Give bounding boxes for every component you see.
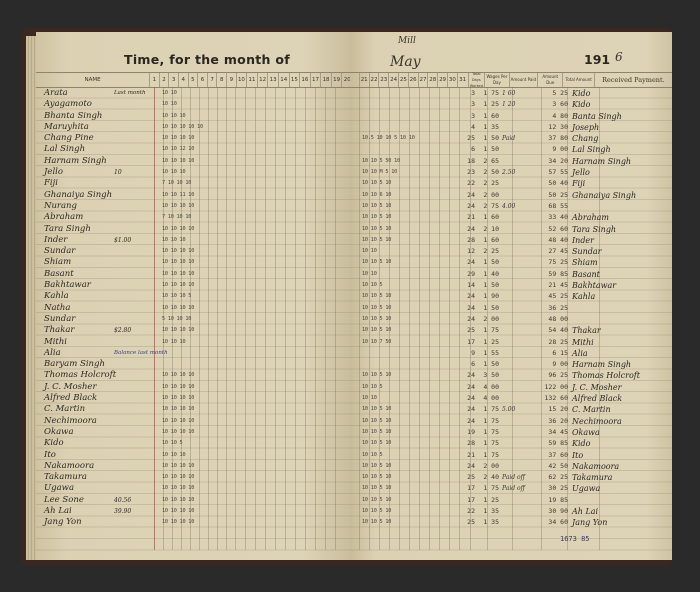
total-amount-column: 5 25 3 60 4 80 12 30 37 80 9 00 34 20 57… xyxy=(538,88,568,529)
day-entries: 10 10 5 10 xyxy=(362,224,415,235)
total-amount: 36 20 xyxy=(538,416,568,427)
day-header: 1 xyxy=(150,73,160,87)
day-header: 19 xyxy=(332,73,343,87)
day-header: 12 xyxy=(258,73,269,87)
total-days: 29 xyxy=(461,269,475,280)
day-entries: 10 10 5 10 xyxy=(362,427,415,438)
day-entries: 10 10 5 10 xyxy=(362,438,415,449)
year-handwritten: 6 xyxy=(615,50,623,64)
signature: Kahla xyxy=(572,291,672,302)
amount-paid xyxy=(502,246,532,257)
total-amount: 5 25 xyxy=(538,88,568,99)
wages-column: 1 75 1 25 1 60 1 35 1 50 1 50 2 65 2 50 … xyxy=(477,88,499,529)
day-header: 23 xyxy=(379,73,389,87)
day-header: 18 xyxy=(321,73,332,87)
signature: Takamura xyxy=(572,472,672,483)
day-header: 4 xyxy=(179,73,189,87)
total-days: 4 xyxy=(461,122,475,133)
note: $1.00 xyxy=(114,235,159,246)
total-days: 24 xyxy=(461,461,475,472)
note: 40.56 xyxy=(114,495,159,506)
day-entries: 10 10 5 10 xyxy=(362,370,415,381)
signature: J. C. Mosher xyxy=(572,382,672,393)
day-header: 7 xyxy=(208,73,218,87)
wage: 1 75 xyxy=(477,483,499,494)
signature: Nechimoora xyxy=(572,416,672,427)
amount-paid xyxy=(502,393,532,404)
total-amount: 54 40 xyxy=(538,325,568,336)
wage: 1 60 xyxy=(477,111,499,122)
day-entries: 10.5 10 10 5 10 10 xyxy=(362,133,415,144)
right-header-row: 21 22 23 24 25 26 27 28 29 30 31 Total D… xyxy=(350,72,672,88)
total-days: 21 xyxy=(461,212,475,223)
year-printed: 191 xyxy=(584,52,610,67)
total-amount: 48 40 xyxy=(538,235,568,246)
amount-paid xyxy=(502,269,532,280)
total-days: 24 xyxy=(461,303,475,314)
signature xyxy=(572,201,672,212)
total-days: 24 xyxy=(461,416,475,427)
wage: 2 00 xyxy=(477,190,499,201)
total-amount: 122 00 xyxy=(538,382,568,393)
total-days: 6 xyxy=(461,359,475,370)
day-entries: 10 10 5 10 xyxy=(362,257,415,268)
amount-paid xyxy=(502,517,532,528)
amount-paid: Paid off xyxy=(502,483,532,494)
day-entries: 10 10 10 10 xyxy=(162,461,203,472)
day-header: 5 xyxy=(189,73,199,87)
total-amount: 9 00 xyxy=(538,359,568,370)
day-entries: 10 10 12 10 xyxy=(162,144,203,155)
wage: 1 50 xyxy=(477,144,499,155)
day-entries: 10 10 10 10 xyxy=(162,506,203,517)
day-entries: 10 10 5 10 xyxy=(362,303,415,314)
signature: Tara Singh xyxy=(572,224,672,235)
wage: 1 35 xyxy=(477,517,499,528)
total-amount: 48 00 xyxy=(538,314,568,325)
total-amount: 3 60 xyxy=(538,99,568,110)
wage: 1 60 xyxy=(477,212,499,223)
day-header: 31 xyxy=(458,73,469,87)
wage: 4 00 xyxy=(477,393,499,404)
total-days: 24 xyxy=(461,393,475,404)
wage: 1 75 xyxy=(477,404,499,415)
wage: 1 55 xyxy=(477,348,499,359)
amount-paid xyxy=(502,337,532,348)
wage: 1 50 xyxy=(477,359,499,370)
amount-paid: 1 60 xyxy=(502,88,532,99)
amount-paid xyxy=(502,359,532,370)
total-days: 24 xyxy=(461,370,475,381)
total-days: 21 xyxy=(461,450,475,461)
wage: 1 25 xyxy=(477,99,499,110)
total-amount: 37 80 xyxy=(538,133,568,144)
day-entries: 7 10 10 10 xyxy=(162,212,203,223)
wage: 1 90 xyxy=(477,291,499,302)
day-header: 14 xyxy=(279,73,290,87)
day-header: 11 xyxy=(247,73,258,87)
total-days: 24 xyxy=(461,190,475,201)
total-days: 3 xyxy=(461,111,475,122)
wage: 1 60 xyxy=(477,235,499,246)
day-entries: 10 10 5 10 xyxy=(362,291,415,302)
wage: 1 40 xyxy=(477,269,499,280)
signature: Harnam Singh xyxy=(572,359,672,370)
day-entries: 10 10 10 10 xyxy=(162,269,203,280)
name-header: NAME xyxy=(36,73,150,87)
signature: Joseph xyxy=(572,122,672,133)
day-header: 28 xyxy=(428,73,438,87)
wage: 2 65 xyxy=(477,156,499,167)
day-entries: 10 10 10 10 xyxy=(162,427,203,438)
day-entries: 10 10 10 10 xyxy=(162,382,203,393)
amount-paid xyxy=(502,382,532,393)
day-header: 10 xyxy=(237,73,248,87)
amount-paid xyxy=(502,495,532,506)
wage: 1 75 xyxy=(477,438,499,449)
day-entries: 10 10 10 10 xyxy=(162,483,203,494)
total-amount-header: Total Amount xyxy=(563,73,594,87)
total-amount: 37 60 xyxy=(538,450,568,461)
total-amount: 57 55 xyxy=(538,167,568,178)
signature: Lal Singh xyxy=(572,144,672,155)
day-entries: 10 10 5 xyxy=(362,450,415,461)
day-entries xyxy=(362,88,415,99)
total-amount: 34 45 xyxy=(538,427,568,438)
total-days: 25 xyxy=(461,517,475,528)
signature: Ah Lai xyxy=(572,506,672,517)
day-entries: 10 10 xyxy=(362,269,415,280)
day-entries: 10 10 5 10 xyxy=(362,495,415,506)
day-entries xyxy=(362,348,415,359)
signature: Harnam Singh xyxy=(572,156,672,167)
day-entries: 10 10 10 5 xyxy=(162,291,203,302)
amount-paid xyxy=(502,291,532,302)
total-days: 19 xyxy=(461,427,475,438)
mill-annotation: Mill xyxy=(398,36,416,46)
day-entries: 10 10 10 10 xyxy=(162,303,203,314)
wages-header: Wages Per Day xyxy=(485,73,509,87)
wage: 1 25 xyxy=(477,337,499,348)
day-entries: 10 10 10 10 10 xyxy=(162,122,203,133)
day-entries: 10 10 10 10 xyxy=(162,257,203,268)
signature: Basant xyxy=(572,269,672,280)
total-days: 17 xyxy=(461,483,475,494)
amount-paid: Paid xyxy=(502,133,532,144)
day-entries: 10 10 7 50 xyxy=(362,337,415,348)
day-entries: 10 10 10 xyxy=(162,235,203,246)
day-entries: 10 10 6 10 xyxy=(362,190,415,201)
total-days: 24 xyxy=(461,382,475,393)
signature: Mithi xyxy=(572,337,672,348)
page-title: Time, for the month of xyxy=(124,52,290,67)
signature: Kido xyxy=(572,438,672,449)
left-page: Time, for the month of NAME 1 2 3 4 5 6 … xyxy=(36,32,352,560)
day-entries: 10 10 10 10 xyxy=(162,246,203,257)
grand-total: 1673 85 xyxy=(560,535,590,543)
total-days: 25 xyxy=(461,472,475,483)
amount-paid xyxy=(502,506,532,517)
day-entries: 10 10 10 10 xyxy=(162,280,203,291)
day-entries: 10 10 5 10 xyxy=(362,416,415,427)
signature: Thakar xyxy=(572,325,672,336)
total-amount: 42 50 xyxy=(538,461,568,472)
total-amount: 12 30 xyxy=(538,122,568,133)
total-days: 24 xyxy=(461,314,475,325)
note: Last month xyxy=(114,88,159,99)
amount-paid xyxy=(502,144,532,155)
day-entries: 10 10 10 xyxy=(162,111,203,122)
day-entries: 10 10 10 10 xyxy=(162,472,203,483)
signature: Ghanaiya Singh xyxy=(572,190,672,201)
amount-paid xyxy=(502,325,532,336)
wage: 1 75 xyxy=(477,325,499,336)
signature: Kido xyxy=(572,88,672,99)
day-entries: 10 10 5 10 xyxy=(362,314,415,325)
amount-paid xyxy=(502,178,532,189)
day-header: 8 xyxy=(217,73,227,87)
signature: C. Martin xyxy=(572,404,672,415)
signature: Jello xyxy=(572,167,672,178)
signature xyxy=(572,314,672,325)
day-entries: 10 10 5 10 xyxy=(362,404,415,415)
received-payment-column: Kido Kido Banta Singh Joseph Chang Lal S… xyxy=(572,88,672,529)
day-entries: 10 10 10 10 xyxy=(162,517,203,528)
total-amount: 30 90 xyxy=(538,506,568,517)
wage: 2 10 xyxy=(477,224,499,235)
wage: 1 35 xyxy=(477,122,499,133)
total-amount: 4 80 xyxy=(538,111,568,122)
day-header: 27 xyxy=(419,73,429,87)
day-header: 9 xyxy=(227,73,237,87)
day-entries: 10 10 11 10 xyxy=(162,190,203,201)
amount-paid xyxy=(502,314,532,325)
signature: Jang Yon xyxy=(572,517,672,528)
signature: Alfred Black xyxy=(572,393,672,404)
amount-paid-column: 1 60 1 20 Paid 2.50 4.00 5.00 Paid o xyxy=(502,88,532,529)
amount-paid xyxy=(502,122,532,133)
wage: 1 75 xyxy=(477,416,499,427)
day-header: 2 xyxy=(160,73,170,87)
total-amount: 50 40 xyxy=(538,178,568,189)
days-21-31: 10.5 10 10 5 10 10 10 10 5 50 10 10 10 M… xyxy=(362,88,415,529)
wage: 2 00 xyxy=(477,461,499,472)
total-days: 24 xyxy=(461,404,475,415)
day-entries: 10 10 10 xyxy=(162,167,203,178)
day-entries: 10 10 5 xyxy=(162,438,203,449)
total-amount: 50 25 xyxy=(538,190,568,201)
day-header: 3 xyxy=(169,73,179,87)
day-entries xyxy=(362,99,415,110)
day-entries xyxy=(162,359,203,370)
wage: 2 25 xyxy=(477,246,499,257)
amount-paid: 1 20 xyxy=(502,99,532,110)
day-header: 26 xyxy=(409,73,419,87)
total-days-column: 3 3 3 4 25 6 18 23 22 24 24 21 24 28 12 … xyxy=(461,88,475,529)
day-entries: 10 10 5 10 xyxy=(362,201,415,212)
day-header: 6 xyxy=(198,73,208,87)
day-entries xyxy=(362,111,415,122)
day-entries xyxy=(362,144,415,155)
total-amount: 34 60 xyxy=(538,517,568,528)
day-entries: 5 10 10 10 xyxy=(162,314,203,325)
total-amount: 45 25 xyxy=(538,291,568,302)
day-entries: 10 10 5 10 xyxy=(362,212,415,223)
total-amount: 30 25 xyxy=(538,483,568,494)
total-amount: 28 25 xyxy=(538,337,568,348)
wage: 1 50 xyxy=(477,133,499,144)
amount-paid: 2.50 xyxy=(502,167,532,178)
day-header: 15 xyxy=(290,73,301,87)
amount-due-header: Amount Due xyxy=(538,73,563,87)
total-amount: 6 15 xyxy=(538,348,568,359)
amount-paid xyxy=(502,212,532,223)
total-amount: 59 85 xyxy=(538,438,568,449)
day-entries xyxy=(362,359,415,370)
total-days: 24 xyxy=(461,291,475,302)
wage: 1 50 xyxy=(477,257,499,268)
total-amount: 96 25 xyxy=(538,370,568,381)
total-days: 22 xyxy=(461,506,475,517)
day-entries: 10 10 5 10 xyxy=(362,517,415,528)
day-entries: 10 10 5 10 xyxy=(362,506,415,517)
day-header: 17 xyxy=(311,73,322,87)
amount-paid xyxy=(502,235,532,246)
worker-notes: Last month 10 $1.00 $2.80 Balance last m… xyxy=(114,88,159,517)
amount-paid: Paid off xyxy=(502,472,532,483)
signature: Thomas Holcroft xyxy=(572,370,672,381)
day-entries: 10 10 10 xyxy=(162,450,203,461)
signature: Kido xyxy=(572,99,672,110)
left-header-row: NAME 1 2 3 4 5 6 7 8 9 10 11 12 13 14 15… xyxy=(36,72,352,88)
total-days: 25 xyxy=(461,133,475,144)
note: 10 xyxy=(114,167,159,178)
day-header: 22 xyxy=(370,73,380,87)
total-amount: 15 20 xyxy=(538,404,568,415)
total-amount: 59 85 xyxy=(538,269,568,280)
amount-paid xyxy=(502,224,532,235)
wage: 1 50 xyxy=(477,280,499,291)
total-days: 3 xyxy=(461,99,475,110)
day-entries: 10 10 xyxy=(162,99,203,110)
day-header: 21 xyxy=(360,73,370,87)
total-days: 25 xyxy=(461,325,475,336)
total-days: 6 xyxy=(461,144,475,155)
day-entries: 7 10 10 10 xyxy=(162,178,203,189)
signature: Ugawa xyxy=(572,483,672,494)
total-days: 3 xyxy=(461,88,475,99)
day-entries: 10 10 xyxy=(362,393,415,404)
total-amount: 9 00 xyxy=(538,144,568,155)
day-entries: 10 10 10 10 xyxy=(162,495,203,506)
total-days: 17 xyxy=(461,337,475,348)
amount-paid-header: Amount Paid xyxy=(510,73,538,87)
day-entries: 10 10 5 xyxy=(362,280,415,291)
note: Balance last month xyxy=(114,348,159,359)
amount-paid xyxy=(502,257,532,268)
total-days: 24 xyxy=(461,224,475,235)
wage: 1 50 xyxy=(477,303,499,314)
day-entries: 10 10 5 10 xyxy=(362,472,415,483)
day-entries: 10 10 10 10 xyxy=(162,201,203,212)
total-amount: 75 25 xyxy=(538,257,568,268)
signature: Inder xyxy=(572,235,672,246)
amount-paid xyxy=(502,156,532,167)
total-days: 24 xyxy=(461,201,475,212)
wage: 2 75 xyxy=(477,201,499,212)
day-entries: 10 10 5 10 xyxy=(362,325,415,336)
signature: Ito xyxy=(572,450,672,461)
amount-paid xyxy=(502,427,532,438)
total-days: 12 xyxy=(461,246,475,257)
amount-paid: 4.00 xyxy=(502,201,532,212)
day-entries: 10 10 xyxy=(162,88,203,99)
signature: Bakhtawar xyxy=(572,280,672,291)
total-days: 14 xyxy=(461,280,475,291)
signature: Abraham xyxy=(572,212,672,223)
day-entries: 10 10 10 xyxy=(162,337,203,348)
day-entries: 10 10 xyxy=(362,246,415,257)
day-header: 29 xyxy=(438,73,448,87)
total-days: 23 xyxy=(461,167,475,178)
signature: Alia xyxy=(572,348,672,359)
worker-name: Jang Yon xyxy=(44,517,154,528)
total-amount: 21 45 xyxy=(538,280,568,291)
day-entries: 10 10 5 10 xyxy=(362,235,415,246)
total-amount: 132 60 xyxy=(538,393,568,404)
amount-paid: 5.00 xyxy=(502,404,532,415)
day-entries xyxy=(362,122,415,133)
amount-paid xyxy=(502,438,532,449)
day-entries: 10 10 10 10 xyxy=(162,133,203,144)
day-header: 24 xyxy=(389,73,399,87)
day-entries: 10 10 5 10 xyxy=(362,483,415,494)
day-header: 30 xyxy=(448,73,458,87)
day-entries: 10 10 5 50 10 xyxy=(362,156,415,167)
total-days: 17 xyxy=(461,495,475,506)
amount-paid xyxy=(502,303,532,314)
amount-paid xyxy=(502,461,532,472)
wage: 4 00 xyxy=(477,382,499,393)
wage: 2 00 xyxy=(477,314,499,325)
total-amount: 52 60 xyxy=(538,224,568,235)
signature: Okawa xyxy=(572,427,672,438)
days-1-20: 10 10 10 10 10 10 10 10 10 10 10 10 10 1… xyxy=(162,88,203,529)
day-entries: 10 10 10 10 xyxy=(162,370,203,381)
total-amount: 27 45 xyxy=(538,246,568,257)
wage: 1 75 xyxy=(477,427,499,438)
day-entries: 10 10 10 10 xyxy=(162,404,203,415)
day-entries: 10 10 10 10 xyxy=(162,224,203,235)
signature: Sundar xyxy=(572,246,672,257)
total-days: 28 xyxy=(461,438,475,449)
total-amount: 62 25 xyxy=(538,472,568,483)
day-entries: 10 10 5 xyxy=(362,382,415,393)
total-days-header: Total Days Worked xyxy=(469,73,486,87)
day-entries: 10 10 M 5 10 xyxy=(362,167,415,178)
wage: 2 25 xyxy=(477,178,499,189)
day-header: 13 xyxy=(268,73,279,87)
day-entries: 10 10 10 10 xyxy=(162,416,203,427)
day-entries: 10 10 5 10 xyxy=(362,178,415,189)
total-amount: 36 25 xyxy=(538,303,568,314)
total-days: 22 xyxy=(461,178,475,189)
total-amount: 34 20 xyxy=(538,156,568,167)
signature xyxy=(572,303,672,314)
wage: 1 75 xyxy=(477,450,499,461)
day-entries: 10 10 10 10 xyxy=(162,393,203,404)
day-entries: 10 10 5 10 xyxy=(362,461,415,472)
